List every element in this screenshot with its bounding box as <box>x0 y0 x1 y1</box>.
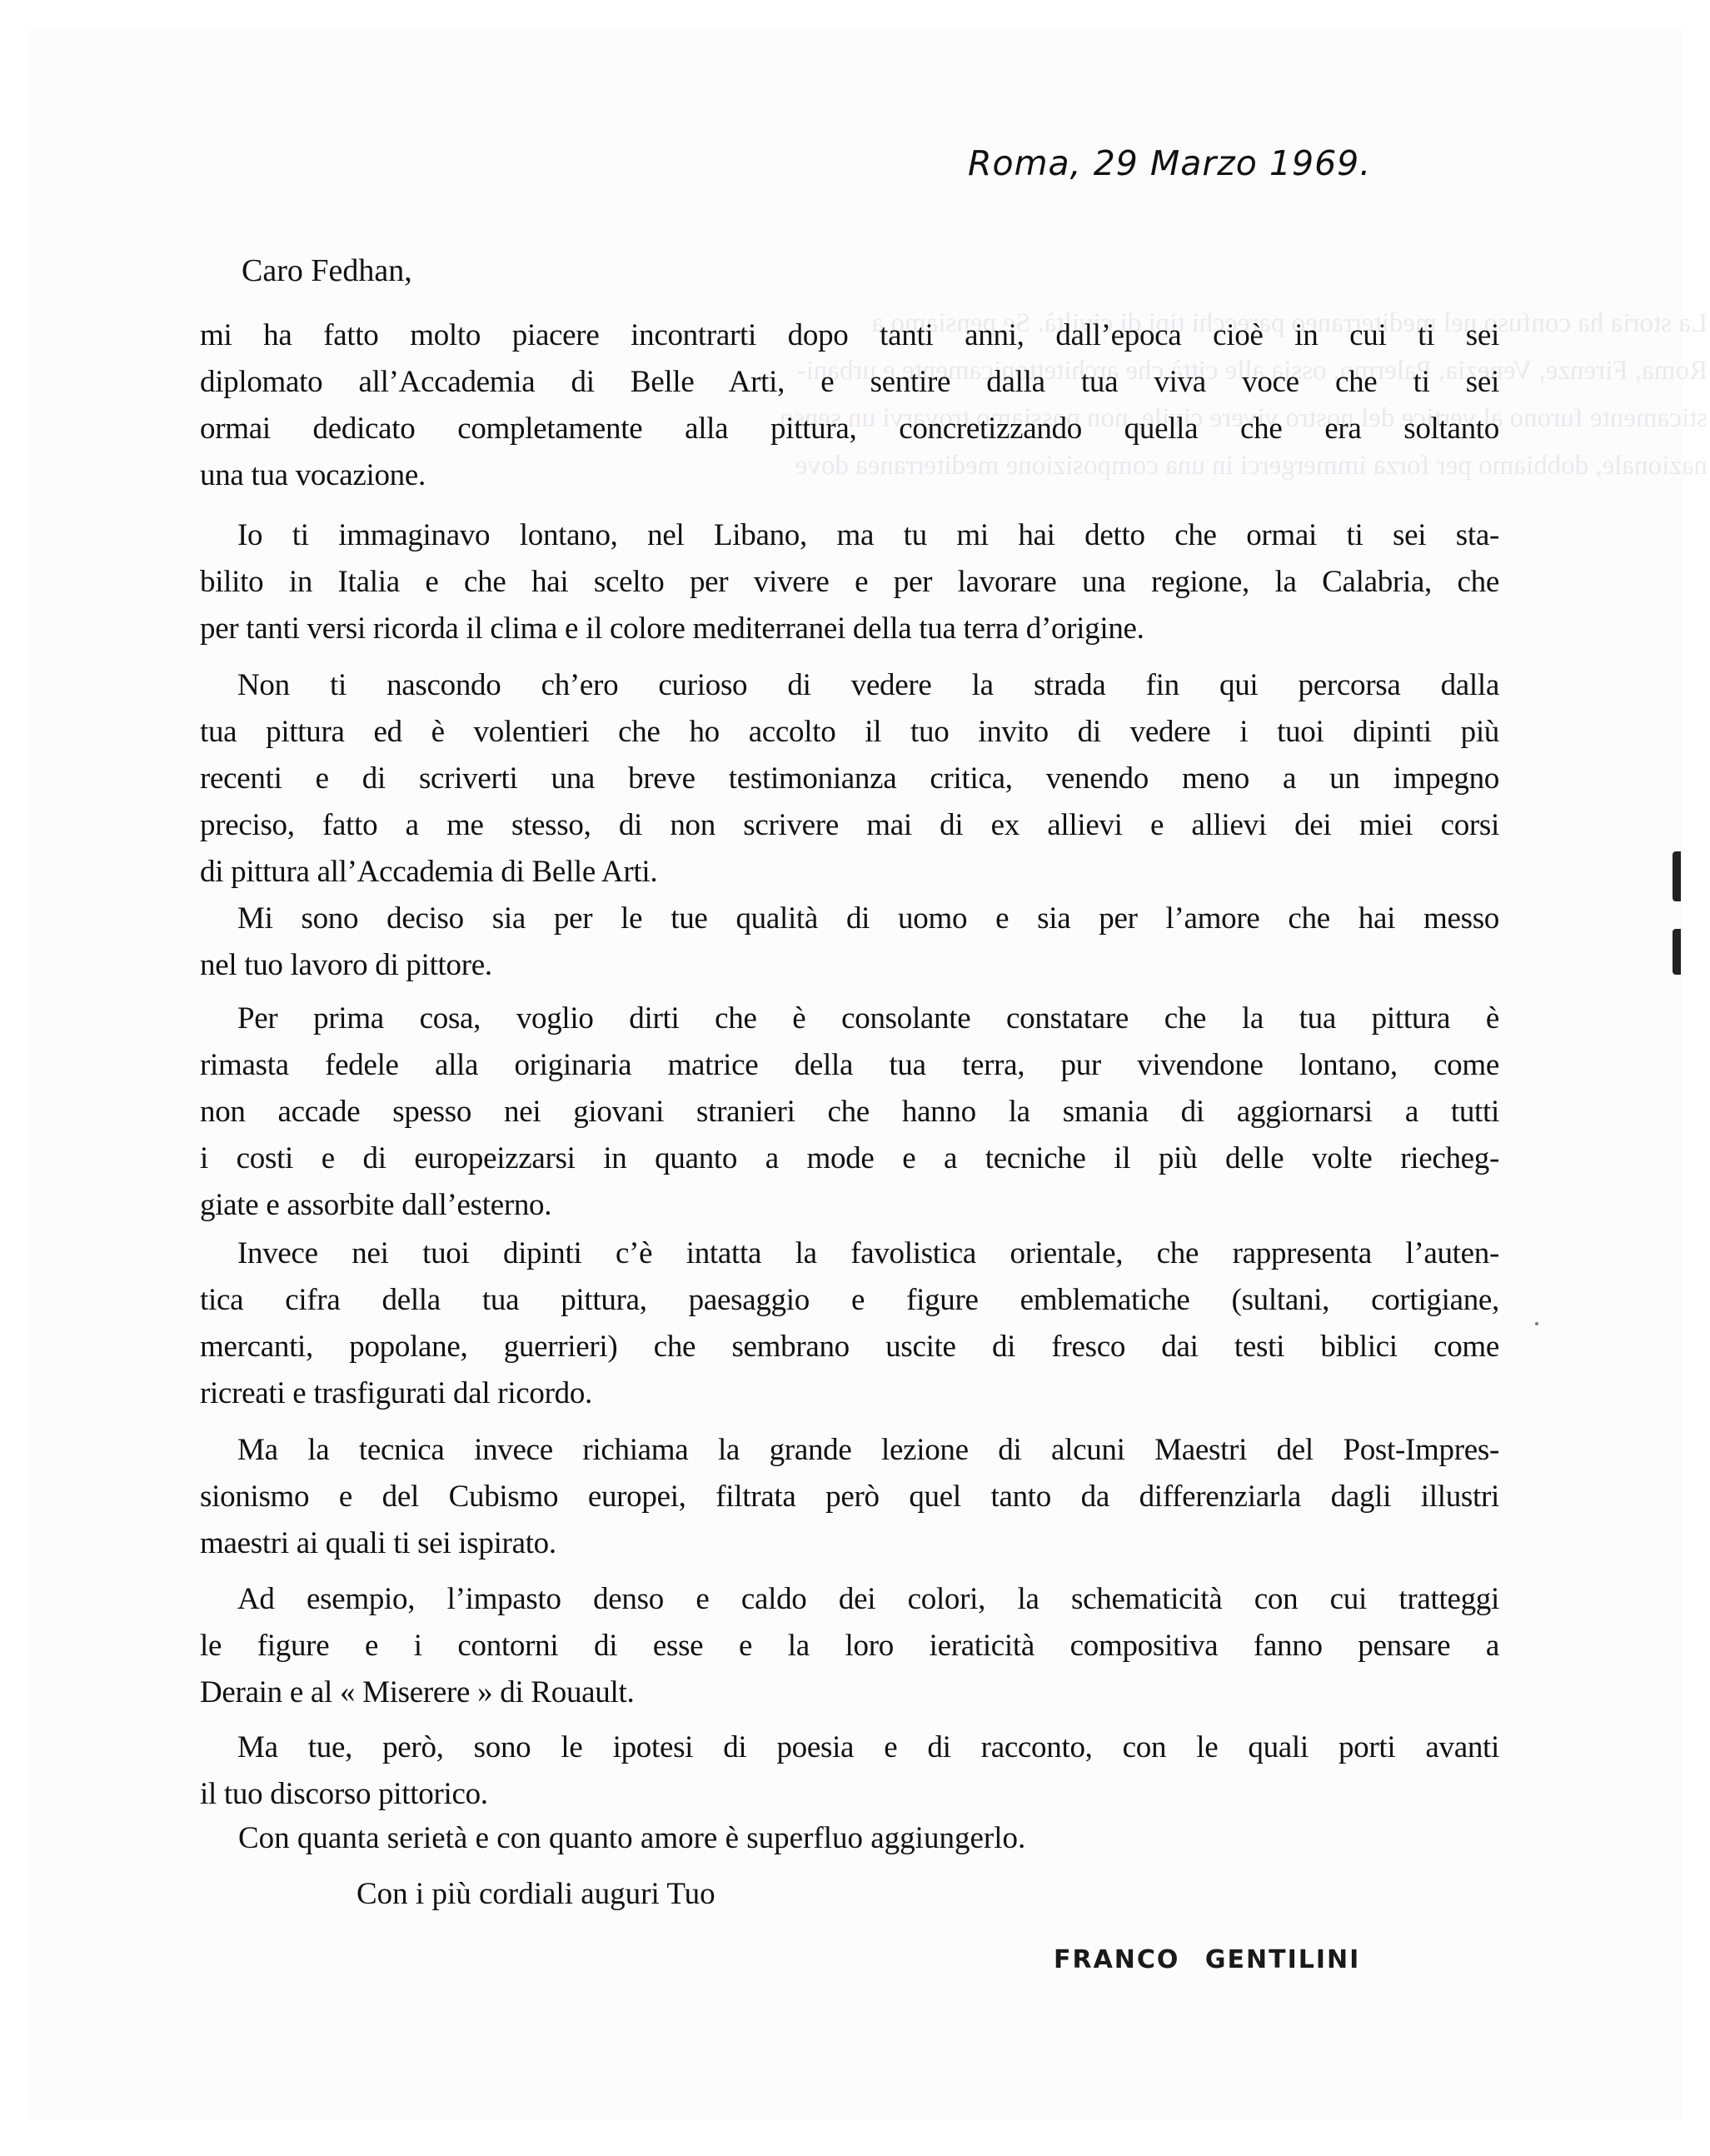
signature: FRANCO GENTILINI <box>1054 1945 1360 1974</box>
text-line: Io ti immaginavo lontano, nel Libano, ma… <box>200 512 1499 559</box>
paragraph-6: Invece nei tuoi dipinti c’è intatta la f… <box>200 1230 1499 1417</box>
paragraph-3: Non ti nascondo ch’ero curioso di vedere… <box>200 662 1499 896</box>
text-line: di pittura all’Accademia di Belle Arti. <box>200 849 1499 896</box>
text-line: mi ha fatto molto piacere incontrarti do… <box>200 312 1499 359</box>
text-line: Per prima cosa, voglio dirti che è conso… <box>200 996 1499 1042</box>
text-line: una tua vocazione. <box>200 452 1499 499</box>
text-line: diplomato all’Accademia di Belle Arti, e… <box>200 359 1499 406</box>
text-line: mercanti, popolane, guerrieri) che sembr… <box>200 1324 1499 1370</box>
binder-clip-bottom <box>1673 929 1681 975</box>
text-line: non accade spesso nei giovani stranieri … <box>200 1089 1499 1135</box>
paragraph-8: Ad esempio, l’impasto denso e caldo dei … <box>200 1576 1499 1716</box>
text-line: bilito in Italia e che hai scelto per vi… <box>200 559 1499 606</box>
text-line: Derain e al « Miserere » di Rouault. <box>200 1669 1499 1716</box>
text-line: maestri ai quali ti sei ispirato. <box>200 1520 1499 1567</box>
closing-remark: Con quanta serietà e con quanto amore è … <box>238 1820 1025 1856</box>
text-line: ricreati e trasfigurati dal ricordo. <box>200 1370 1499 1417</box>
text-line: il tuo discorso pittorico. <box>200 1771 1499 1818</box>
text-line: tua pittura ed è volentieri che ho accol… <box>200 709 1499 756</box>
paragraph-4: Mi sono deciso sia per le tue qualità di… <box>200 896 1499 989</box>
text-line: Ma tue, però, sono le ipotesi di poesia … <box>200 1724 1499 1771</box>
text-line: sionismo e del Cubismo europei, filtrata… <box>200 1474 1499 1520</box>
paragraph-7: Ma la tecnica invece richiama la grande … <box>200 1427 1499 1567</box>
text-line: Non ti nascondo ch’ero curioso di vedere… <box>200 662 1499 709</box>
paragraph-2: Io ti immaginavo lontano, nel Libano, ma… <box>200 512 1499 652</box>
paragraph-5: Per prima cosa, voglio dirti che è conso… <box>200 996 1499 1229</box>
text-line: i costi e di europeizzarsi in quanto a m… <box>200 1135 1499 1182</box>
salutation: Caro Fedhan, <box>242 252 412 289</box>
text-line: per tanti versi ricorda il clima e il co… <box>200 606 1499 652</box>
paragraph-9: Ma tue, però, sono le ipotesi di poesia … <box>200 1724 1499 1818</box>
text-line: tica cifra della tua pittura, paesaggio … <box>200 1277 1499 1324</box>
paragraph-1: mi ha fatto molto piacere incontrarti do… <box>200 312 1499 499</box>
text-line: Ma la tecnica invece richiama la grande … <box>200 1427 1499 1474</box>
text-line: giate e assorbite dall’esterno. <box>200 1182 1499 1229</box>
date-line: Roma, 29 Marzo 1969. <box>968 143 1371 183</box>
text-line: Invece nei tuoi dipinti c’è intatta la f… <box>200 1230 1499 1277</box>
text-line: ormai dedicato completamente alla pittur… <box>200 406 1499 452</box>
closing-greeting: Con i più cordiali auguri Tuo <box>356 1876 715 1912</box>
text-line: preciso, fatto a me stesso, di non scriv… <box>200 802 1499 849</box>
binder-clip-top <box>1673 851 1681 901</box>
text-line: rimasta fedele alla originaria matrice d… <box>200 1042 1499 1089</box>
scan-speck <box>1535 1322 1538 1325</box>
text-line: nel tuo lavoro di pittore. <box>200 942 1499 989</box>
text-line: Mi sono deciso sia per le tue qualità di… <box>200 896 1499 942</box>
text-line: Ad esempio, l’impasto denso e caldo dei … <box>200 1576 1499 1623</box>
text-line: le figure e i contorni di esse e la loro… <box>200 1623 1499 1669</box>
text-line: recenti e di scriverti una breve testimo… <box>200 756 1499 802</box>
